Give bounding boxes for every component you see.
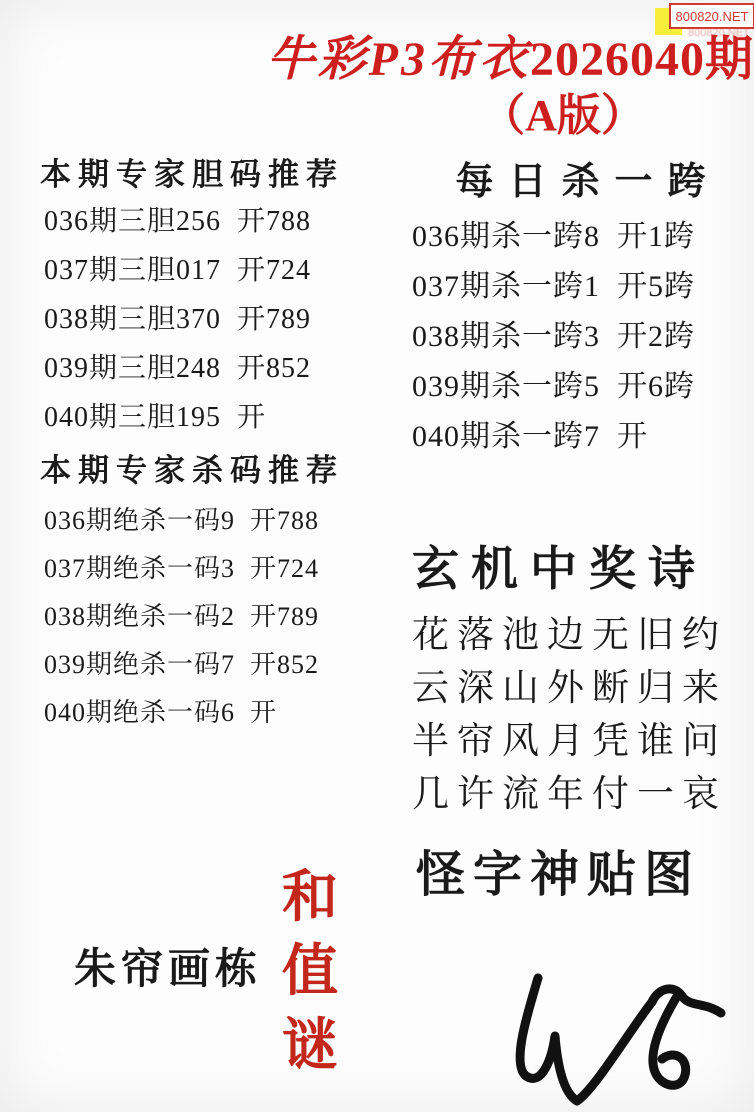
signature-scribble-icon	[498, 966, 748, 1106]
dan-row: 040期三胆195 开	[44, 390, 311, 439]
poem-line: 花落池边无旧约	[412, 604, 727, 657]
kua-section-title: 每日杀一跨	[408, 150, 753, 205]
guaizi-section-title: 怪字神贴图	[416, 836, 701, 906]
watermark-badge: 800820.NET	[669, 3, 754, 29]
poem-line: 云深山外断归来	[412, 657, 727, 710]
hezhimi-char: 和	[282, 870, 338, 926]
kua-row: 036期杀一跨8 开1跨	[412, 208, 695, 258]
dan-row: 039期三胆248 开852	[44, 341, 311, 390]
dan-row: 037期三胆017 开724	[44, 243, 311, 292]
poem-title: 玄机中奖诗	[412, 532, 707, 599]
poem-line: 几许流年付一哀	[412, 763, 727, 816]
hezhimi-clue-text: 朱帘画栋	[74, 936, 262, 996]
sha-section-title: 本期专家杀码推荐	[40, 445, 344, 490]
hezhimi-char: 谜	[282, 1018, 338, 1074]
title-issue: 2026040期	[530, 33, 754, 86]
sha-row: 037期绝杀一码3 开724	[44, 542, 319, 590]
lottery-tip-sheet: 800820.NET 800820.NET 牛彩P3布衣2026040期 （A版…	[0, 0, 754, 1112]
sha-row: 038期绝杀一码2 开789	[44, 590, 319, 638]
dan-row: 036期三胆256 开788	[44, 194, 311, 243]
kua-row-list: 036期杀一跨8 开1跨 037期杀一跨1 开5跨 038期杀一跨3 开2跨 0…	[412, 208, 695, 458]
hezhimi-char: 值	[282, 944, 338, 1000]
kua-row: 040期杀一跨7 开	[412, 408, 695, 458]
dan-section-title: 本期专家胆码推荐	[40, 149, 344, 194]
title-brand: 牛彩P3布衣	[267, 33, 530, 86]
kua-row: 038期杀一跨3 开2跨	[412, 308, 695, 358]
kua-row: 037期杀一跨1 开5跨	[412, 258, 695, 308]
dan-row-list: 036期三胆256 开788 037期三胆017 开724 038期三胆370 …	[44, 194, 311, 439]
kua-row: 039期杀一跨5 开6跨	[412, 358, 695, 408]
poem-line-list: 花落池边无旧约 云深山外断归来 半帘风月凭谁问 几许流年付一哀	[412, 604, 727, 816]
hezhimi-vertical-label: 和 值 谜	[282, 870, 338, 1074]
dan-row: 038期三胆370 开789	[44, 292, 311, 341]
sha-row: 036期绝杀一码9 开788	[44, 494, 319, 542]
watermark-site-label: 800820.NET	[676, 9, 749, 24]
poem-line: 半帘风月凭谁问	[412, 710, 727, 763]
sha-row: 039期绝杀一码7 开852	[44, 638, 319, 686]
sha-row-list: 036期绝杀一码9 开788 037期绝杀一码3 开724 038期绝杀一码2 …	[44, 494, 319, 734]
sha-row: 040期绝杀一码6 开	[44, 686, 319, 734]
